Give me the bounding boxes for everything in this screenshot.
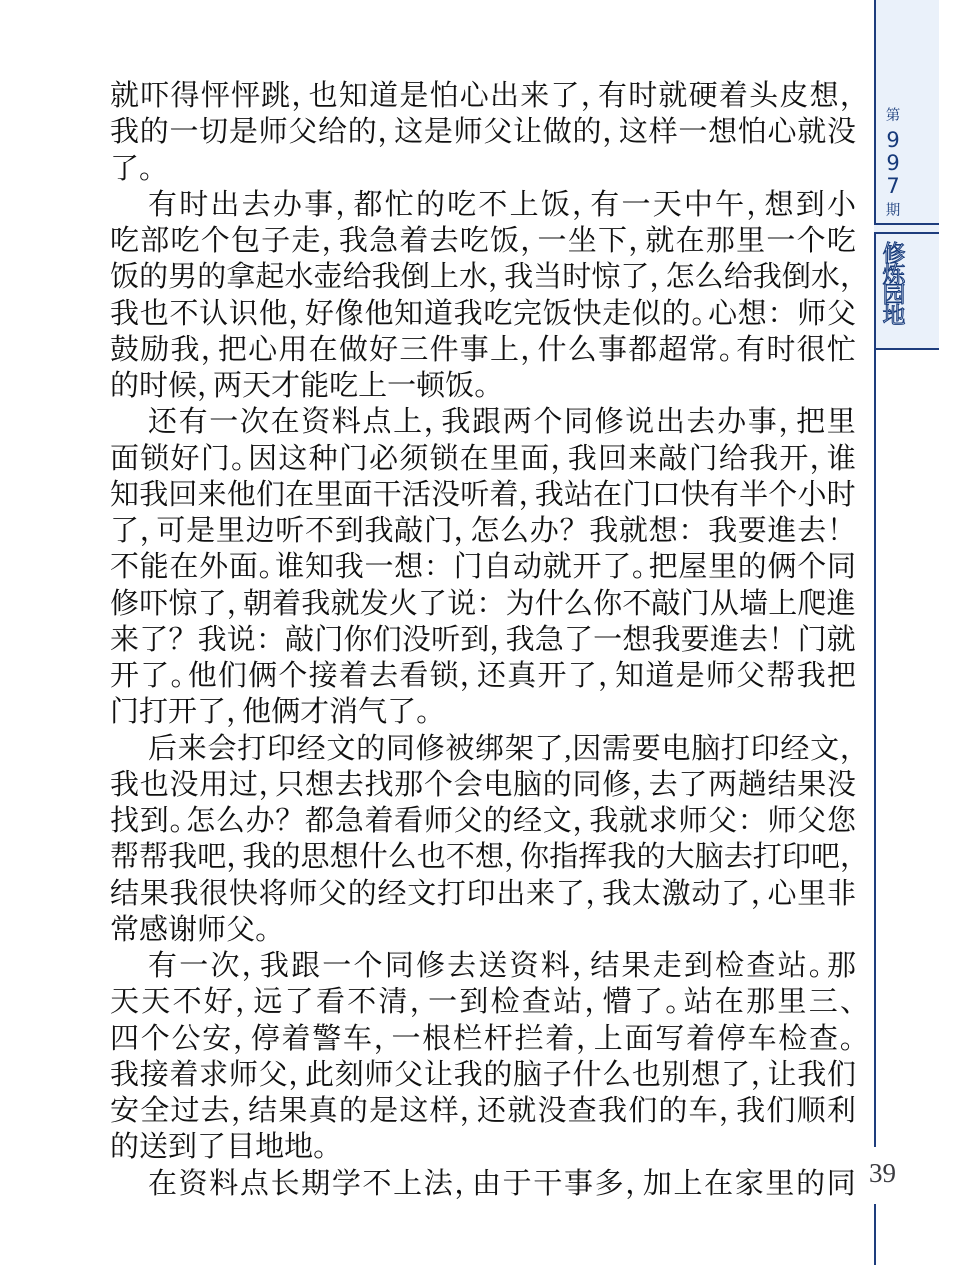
text-line: 鼓励我，把心用在做好三件事上，什么事都超常。有时很忙 [110,332,856,368]
section-title-char: 地 [880,306,908,327]
text-line: 我也不认识他，好像他知道我吃完饭快走似的。心想：师父 [110,296,856,332]
issue-digit: 9 [886,152,899,175]
text-line: 饭的男的拿起水壶给我倒上水，我当时惊了，怎么给我倒水， [110,259,856,295]
issue-suffix: 期 [886,202,901,221]
text-line: 安全过去，结果真的是这样，还就没查我们的车，我们顺利 [110,1093,856,1129]
issue-digit: 7 [886,175,899,198]
section-panel: 修炼园地 [876,234,939,348]
text-line: 天天不好，远了看不清，一到检查站，懵了。站在那里三、 [110,984,856,1020]
text-line: 我也没用过，只想去找那个会电脑的同修，去了两趟结果没 [110,767,856,803]
text-line: 吃部吃个包子走，我急着去吃饭，一坐下，就在那里一个吃 [110,223,856,259]
text-line: 来了？我说：敲门你们没听到，我急了一想我要進去！门就 [110,622,856,658]
text-line: 常感谢师父。 [110,912,856,948]
text-line: 帮帮我吧，我的思想什么也不想，你指挥我的大脑去打印吧， [110,839,856,875]
article-body: 就吓得怦怦跳，也知道是怕心出来了，有时就硬着头皮想，我的一切是师父给的，这是师父… [110,78,856,1202]
text-line: 我的一切是师父给的，这是师父让做的，这样一想怕心就没 [110,114,856,150]
text-line: 就吓得怦怦跳，也知道是怕心出来了，有时就硬着头皮想， [110,78,856,114]
magazine-page: 就吓得怦怦跳，也知道是怕心出来了，有时就硬着头皮想，我的一切是师父给的，这是师父… [0,0,978,1265]
text-line: 后来会打印经文的同修被绑架了,因需要电脑打印经文， [110,731,856,767]
text-line: 不能在外面。谁知我一想：门自动就开了。把屋里的俩个同 [110,549,856,585]
text-line: 有一次，我跟一个同修去送资料，结果走到检查站。那 [110,948,856,984]
text-line: 了。 [110,151,856,187]
text-line: 有时出去办事，都忙的吃不上饭，有一天中午，想到小 [110,187,856,223]
section-title: 修炼园地 [880,234,908,326]
issue-panel: 第997期 [876,0,939,223]
text-line: 四个公安，停着警车，一根栏杆拦着，上面写着停车检查。 [110,1021,856,1057]
text-line: 面锁好门。因这种门必须锁在里面，我回来敲门给我开，谁 [110,441,856,477]
page-number: 39 [869,1158,896,1188]
panel-divider-rule [874,223,939,234]
text-line: 找到。怎么办？都急着看师父的经文，我就求师父：师父您 [110,803,856,839]
issue-prefix: 第 [886,107,901,126]
text-line: 结果我很快将师父的经文打印出来了，我太激动了，心里非 [110,876,856,912]
text-line: 门打开了，他俩才消气了。 [110,694,856,730]
text-line: 还有一次在资料点上，我跟两个同修说出去办事，把里 [110,404,856,440]
section-panel-bottom-rule [874,348,939,350]
text-line: 知我回来他们在里面干活没听着，我站在门口快有半个小时 [110,477,856,513]
issue-digit: 9 [886,129,899,152]
text-line: 我接着求师父，此刻师父让我的脑子什么也别想了，让我们 [110,1057,856,1093]
issue-number: 第997期 [880,107,906,223]
text-line: 了，可是里边听不到我敲门，怎么办？我就想：我要進去！ [110,513,856,549]
text-line: 开了。他们俩个接着去看锁，还真开了，知道是师父帮我把 [110,658,856,694]
text-line: 的送到了目地地。 [110,1129,856,1165]
sidebar-vertical-rule-bottom [874,1204,876,1265]
text-line: 在资料点长期学不上法，由于干事多，加上在家里的同 [110,1166,856,1202]
text-line: 修吓惊了，朝着我就发火了说：为什么你不敲门从墙上爬進 [110,586,856,622]
text-line: 的时候，两天才能吃上一顿饭。 [110,368,856,404]
